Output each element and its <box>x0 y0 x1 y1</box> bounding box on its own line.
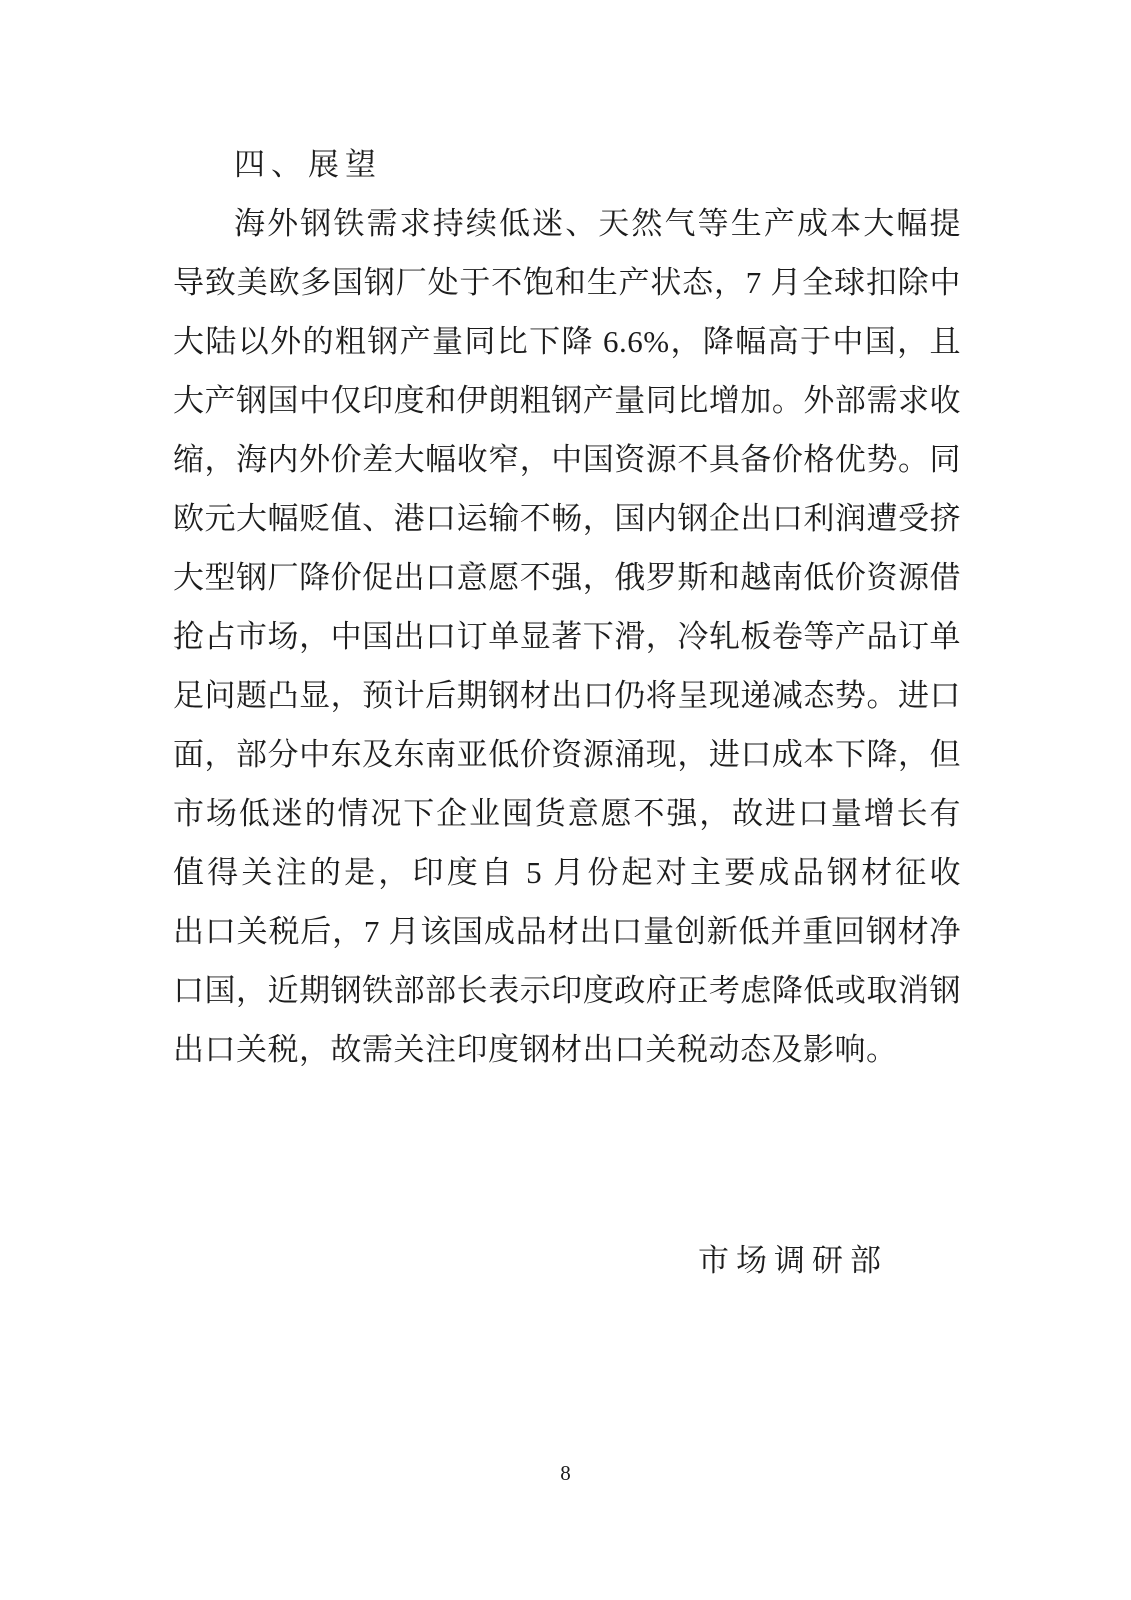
section-heading: 四、展望 <box>173 135 961 194</box>
paragraph-line: 大型钢厂降价促出口意愿不强，俄罗斯和越南低价资源借机 <box>173 548 961 607</box>
paragraph-line: 足问题凸显，预计后期钢材出口仍将呈现递减态势。进口方 <box>173 666 961 725</box>
paragraph-line: 市场低迷的情况下企业囤货意愿不强，故进口量增长有限。 <box>173 784 961 843</box>
document-body: 四、展望 海外钢铁需求持续低迷、天然气等生产成本大幅提升， 导致美欧多国钢厂处于… <box>173 135 961 1079</box>
signature-department: 市场调研部 <box>173 1231 961 1290</box>
paragraph-line: 大陆以外的粗钢产量同比下降 6.6%，降幅高于中国，且前十 <box>173 312 961 371</box>
paragraph-line: 大产钢国中仅印度和伊朗粗钢产量同比增加。外部需求收 <box>173 371 961 430</box>
paragraph-line: 海外钢铁需求持续低迷、天然气等生产成本大幅提升， <box>173 194 961 253</box>
paragraph-line: 面，部分中东及东南亚低价资源涌现，进口成本下降，但在 <box>173 725 961 784</box>
page-number: 8 <box>0 1458 1131 1488</box>
document-page: 四、展望 海外钢铁需求持续低迷、天然气等生产成本大幅提升， 导致美欧多国钢厂处于… <box>0 0 1131 1600</box>
paragraph-line: 出口关税后，7 月该国成品材出口量创新低并重回钢材净进 <box>173 902 961 961</box>
paragraph-line: 值得关注的是，印度自 5 月份起对主要成品钢材征收 15%的 <box>173 843 961 902</box>
paragraph-line: 口国，近期钢铁部部长表示印度政府正考虑降低或取消钢铁 <box>173 961 961 1020</box>
paragraph-line: 出口关税，故需关注印度钢材出口关税动态及影响。 <box>173 1020 961 1079</box>
paragraph-line: 导致美欧多国钢厂处于不饱和生产状态，7 月全球扣除中国 <box>173 253 961 312</box>
paragraph-line: 抢占市场，中国出口订单显著下滑，冷轧板卷等产品订单不 <box>173 607 961 666</box>
paragraph-line: 欧元大幅贬值、港口运输不畅，国内钢企出口利润遭受挤压， <box>173 489 961 548</box>
paragraph-line: 缩，海内外价差大幅收窄，中国资源不具备价格优势。同时， <box>173 430 961 489</box>
